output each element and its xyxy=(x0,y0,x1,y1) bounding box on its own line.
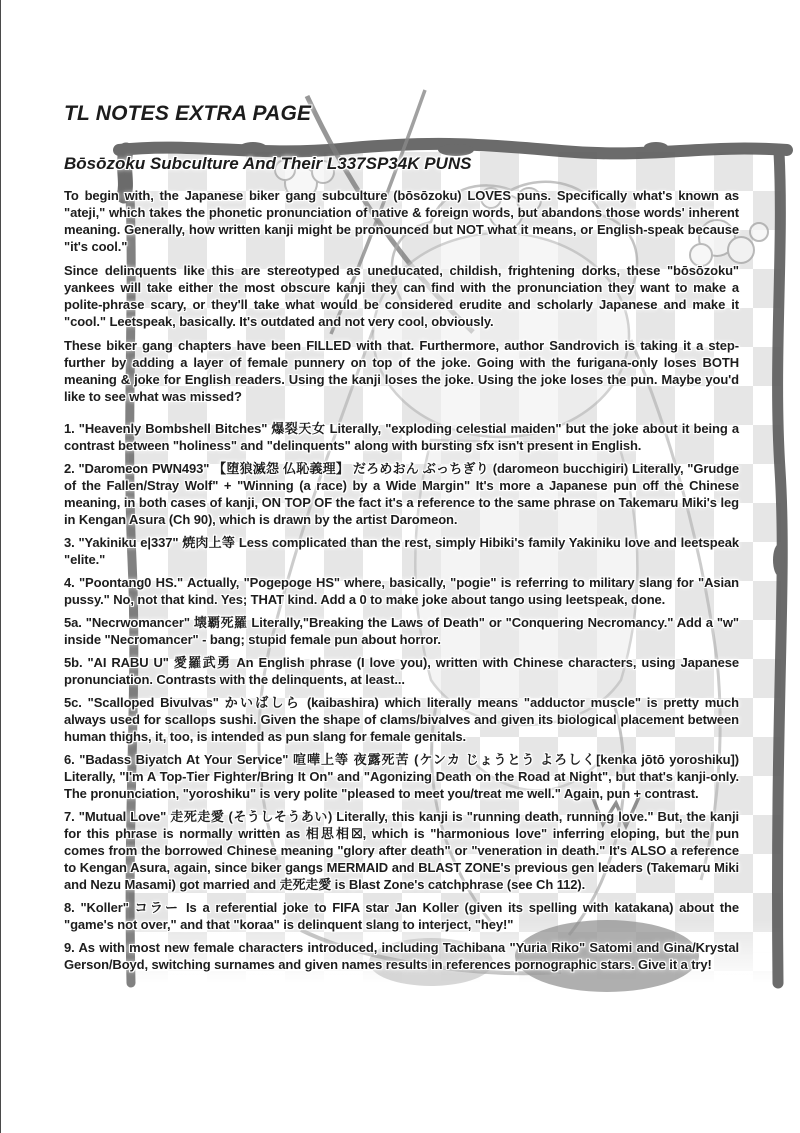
section-heading: Bōsōzoku Subculture And Their L337SP34K … xyxy=(64,154,739,174)
tl-note-item: 7. "Mutual Love" 走死走愛 (そうしそうあい) Literall… xyxy=(64,808,739,893)
tl-note-item: 1. "Heavenly Bombshell Bitches" 爆裂天女 Lit… xyxy=(64,420,739,454)
tl-note-item: 4. "Poontang0 HS." Actually, "Pogepoge H… xyxy=(64,574,739,608)
manga-tl-notes-page: TL NOTES EXTRA PAGE Bōsōzoku Subculture … xyxy=(0,0,800,1133)
tl-note-item: 9. As with most new female characters in… xyxy=(64,939,739,973)
tl-note-item: 2. "Daromeon PWN493" 【堕狼滅怨 仏恥義理】 だろめおん ぶ… xyxy=(64,460,739,528)
page-content: TL NOTES EXTRA PAGE Bōsōzoku Subculture … xyxy=(64,0,739,979)
tl-notes-list: 1. "Heavenly Bombshell Bitches" 爆裂天女 Lit… xyxy=(64,420,739,973)
intro-paragraph: Since delinquents like this are stereoty… xyxy=(64,262,739,330)
tl-note-item: 5a. "Necrwomancer" 壊覇死羅 Literally,"Break… xyxy=(64,614,739,648)
tl-note-item: 6. "Badass Biyatch At Your Service" 喧嘩上等… xyxy=(64,751,739,802)
tl-note-item: 3. "Yakiniku e|337" 焼肉上等 Less complicate… xyxy=(64,534,739,568)
tl-note-item: 5b. "AI RABU U" 愛羅武勇 An English phrase (… xyxy=(64,654,739,688)
tl-note-item: 8. "Koller" コラー Is a referential joke to… xyxy=(64,899,739,933)
intro-paragraph: These biker gang chapters have been FILL… xyxy=(64,337,739,405)
intro-paragraph: To begin with, the Japanese biker gang s… xyxy=(64,187,739,255)
tl-note-item: 5c. "Scalloped Bivulvas" かいばしら (kaibashi… xyxy=(64,694,739,745)
page-title: TL NOTES EXTRA PAGE xyxy=(64,102,739,126)
